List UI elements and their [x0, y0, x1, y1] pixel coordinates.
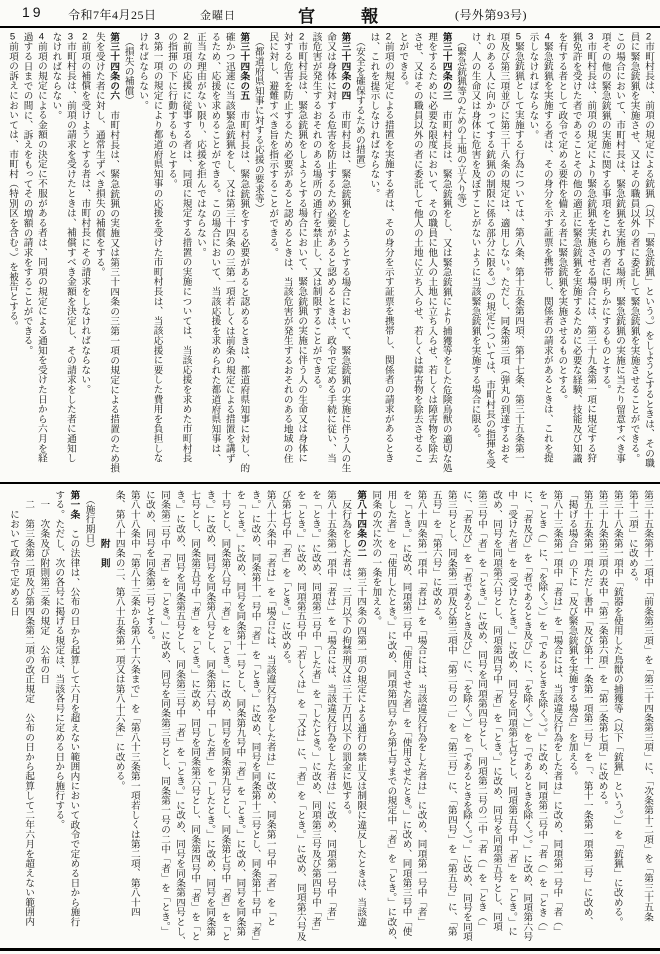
text-column: 3市町村長は、前項の請求を受けたときは、補償すべき金額を決定し、その請求をした者… — [62, 32, 76, 484]
text-column: 同条第二号中「者」を「とき。」に改め、同号を同条第三号とし、同条第一号の二中「者… — [157, 490, 172, 948]
text-column: 該危害が発生するおそれのある場所の通行を禁止し、又は制限することができる。 — [308, 32, 322, 484]
text-column: 一 次条及び附則第三条の規定 公布の日 — [36, 490, 51, 948]
text-column: 第三十五条第十二項中「前条第三項」を「第三十四条第三項」に、「次条第十二項」を「… — [640, 490, 655, 948]
column-text: 項及び第三項並びに第三十八条の規定は、適用しない。ただし、同条第三項（弾丸の到達… — [498, 32, 509, 463]
text-column: 3第一項の規定により都道府県知事の応援を受けた市町村長は、当該応援に要した費用を… — [149, 32, 163, 484]
text-column: 第三十八条第一項中「銃器を使用した鳥獣の捕獲等（以下「銃猟」という。）」を「銃猟… — [610, 490, 625, 948]
text-column: 過する日までの間に、訴えをもってその増額の請求をすることができる。 — [19, 32, 33, 484]
text-column: （緊急銃猟等のための土地の立入り等） — [453, 32, 467, 484]
text-column: を「とき（」に、「を除く。）」を「であるときを除く。）。」に改め、同項第二号中「… — [534, 490, 549, 948]
text-column: 第一条 この法律は、公布の日から起算して六月を超えない範囲内において政令で定める… — [66, 490, 81, 948]
article-number: 第三十四条の六 — [108, 32, 119, 101]
column-text: を「とき。」に改め、同項第二号中「した者」を「したとき。」に改め、同項第三号及び… — [310, 490, 321, 936]
column-text: とができる。 — [397, 32, 408, 91]
header-divider-line — [0, 26, 660, 28]
paragraph-number: 2 — [181, 32, 192, 42]
text-column: は、これを提示しなければならない。 — [366, 32, 380, 484]
law-text-lower-block: 第三十五条第十二項中「前条第三項」を「第三十四条第三項」に、「次条第十二項」を「… — [5, 490, 655, 948]
issue-weekday: 金曜日 — [200, 7, 236, 23]
column-text: 示しなければならない。 — [527, 32, 538, 140]
column-text: この場合において、市町村長は、緊急銃猟を実施する場所、緊急銃猟の実施に当たり留意… — [614, 32, 625, 463]
text-column: なければならない。 — [48, 32, 62, 484]
paragraph-number: 2 — [79, 32, 90, 42]
text-column: 対する危害を防止するため必要があると認めるときは、当該危害が発生するおそれのある… — [279, 32, 293, 484]
column-text: 用した者」を「使用したとき。」に改め、同項第四号から第七号までの規定中「者」を「… — [385, 490, 396, 946]
text-column: ければならない。 — [135, 32, 149, 484]
text-column: 項その他の緊急銃猟の実施に関する事項をこれらの者に明らかにするものとする。 — [597, 32, 611, 484]
page-header: 19 令和7年4月25日 金曜日 官報 (号外第93号) — [0, 0, 660, 26]
column-text: 第三十八条第一項中「銃器を使用した鳥獣の捕獲等（以下「銃猟」という。）」を「銃猟… — [612, 490, 623, 927]
column-text: 猟免許を受けた者であることその他の適正に緊急銃猟を実施するために必要な経験、技能… — [571, 32, 582, 463]
text-column: れのある人に向かってする銃猟の制限に係る部分に限る。）の規定については、市町村長… — [482, 32, 496, 484]
text-column: 第十二項」に改める。 — [625, 490, 640, 948]
paragraph-number: 4 — [542, 32, 553, 42]
column-text: に改め、同号を同条第二号とする。 — [144, 490, 155, 645]
column-text: 第八十六条中「者は」を「場合には、当該違反行為をした者は」に改め、同条第一号中「… — [265, 490, 276, 927]
text-column: 第三号中「者」を「とき。」に改め、同号を同項第四号とし、同項第二号の二中「者（」… — [474, 490, 489, 948]
column-text: 同条の次に次の一条を加える。 — [370, 490, 381, 626]
column-text: 命又は身体に対する危害を防止するため必要があると認めるときは、政令で定める手続に… — [325, 32, 336, 463]
text-column: 同条の次に次の一条を加える。 — [368, 490, 383, 948]
column-text: 第八十五条第一項中「者は」を「場合には、当該違反行為をした者は」に改め、同項第一… — [325, 490, 336, 927]
paragraph-number: 2 — [643, 32, 654, 42]
column-text: き。」に改め、同号を同条第八号とし、同条第六号中「した者」を「したとき。」に改め… — [204, 490, 215, 936]
page-number: 19 — [22, 4, 44, 20]
text-column: 条、第八十四条の二、第八十五条第一項又は第八十六条」に改める。 — [112, 490, 127, 948]
column-text: れのある人に向かってする銃猟の制限に係る部分に限る。）の規定については、市町村長… — [484, 32, 495, 468]
text-column: 示しなければならない。 — [525, 32, 539, 484]
column-text: 第五十五条第一項ただし書中「及び第十一条第一項第二号」を「、第十一条第一項第二号… — [582, 490, 593, 927]
column-text: 前項の訴えにおいては、市町村（特別区を含む。）を被告とする。 — [7, 42, 18, 331]
text-column: 確かつ迅速に当該緊急銃猟をし、又は第三十四条の三第一項若しくは前条の規定による措… — [221, 32, 235, 484]
column-text: 十号とし、同条第八号中「者」を「とき。」に改め、同号を同条第九号とし、同条第七号… — [219, 490, 230, 941]
column-text: において政令で定める日 — [8, 490, 19, 616]
column-text: るため、応援を求めることができる。この場合において、当該応援を求められた都道府県… — [209, 32, 220, 463]
article-number: 第三十四条の五 — [238, 32, 249, 101]
text-column: 第八十三条第一項中「者は」を「場合には、当該違反行為をした者は」に改め、同項第一… — [549, 490, 564, 948]
paragraph-number: 3 — [65, 32, 76, 42]
text-column: 第八十四条の二 第三十四条の四第一項の規定による通行の禁止又は制限に違反したとき… — [353, 490, 368, 948]
text-column: 第三十四条の五 市町村長は、緊急銃猟をする必要があると認めるときは、都道府県知事… — [236, 32, 250, 484]
column-text: なければならない。 — [50, 32, 61, 120]
text-column: を有する者として政令で定める要件を備える者に緊急銃猟を実施させるものとする。 — [554, 32, 568, 484]
text-column: 失を受けた者に対し、通常生ずべき損失の補償をする。 — [91, 32, 105, 484]
text-column: 5前項の訴えにおいては、市町村（特別区を含む。）を被告とする。 — [5, 32, 19, 484]
gazette-title: 官報 — [298, 2, 378, 27]
text-column: 2市町村長は、前項の規定による銃猟（以下「緊急銃猟」という。）をしようとするとき… — [641, 32, 655, 484]
column-text: （施行期日） — [84, 490, 95, 553]
text-column: に、「者及び」を「者であるとき及び」に、「を除く。）」を「であるときを除く。）。… — [459, 490, 474, 948]
article-number: 第一条 — [68, 490, 79, 519]
column-text: 第三号中「者」を「とき。」に改め、同号を同項第四号とし、同項第二号の二中「者（」… — [476, 490, 487, 931]
text-column: 民に対し、避難すべき旨を指示することができる。 — [265, 32, 279, 484]
text-column: 反行為をした者は、三月以下の拘禁刑又は三十万円以下の罰金に処する。 — [338, 490, 353, 948]
column-text: 同条第二号中「者」を「とき。」に改め、同号を同条第三号とし、同条第一号の二中「者… — [159, 490, 170, 936]
paragraph-number: 5 — [513, 32, 524, 42]
text-column: 第八十六条中「者は」を「場合には、当該違反行為をした者は」に改め、同条第一号中「… — [263, 490, 278, 948]
gazette-title-char-1: 官 — [298, 2, 315, 27]
column-text: 市町村長は、前項の規定により緊急銃猟を実施させる場合には、第三十九条第一項に規定… — [585, 42, 596, 463]
column-text: 第三十九条第三項の表中「第二条第六項」を「第二条第七項」に改める。 — [597, 490, 608, 810]
column-text: 確かつ迅速に当該緊急銃猟をし、又は第三十四条の三第一項若しくは前条の規定による措… — [224, 32, 235, 463]
text-column: 2前項の補償を受けようとする者は、市町村長にその請求をしなければならない。 — [77, 32, 91, 484]
column-text: を「とき。」に改め、同項第五号中「若しくは」を「又は」に、「者」を「とき。」に改… — [295, 490, 306, 941]
column-text: 七号とし、同条第五号中「者」を「とき。」に改め、同号を同条第六号とし、同条第四号… — [189, 490, 200, 941]
column-text: を「とき（」に、「を除く。）」を「であるときを除く。）。」に改め、同項第二号中「… — [536, 490, 547, 937]
column-text: き。」に改め、同条第十一号中「者」を「とき。」に改め、同号を同条第十二号とし、同… — [250, 490, 261, 946]
text-column: 2前項の規定による措置を実施する者は、その身分を示す証票を携帯し、関係者の請求が… — [380, 32, 394, 484]
text-column: 正当な理由がない限り、応援を拒んではならない。 — [193, 32, 207, 484]
issue-number: (号外第93号) — [455, 6, 527, 23]
gazette-page: { "header": { "page_number": "19", "date… — [0, 0, 660, 954]
text-column: を「とき。」に改め、同項第二号中「した者」を「したとき。」に改め、同項第三号及び… — [308, 490, 323, 948]
gazette-title-char-2: 報 — [361, 2, 378, 27]
text-column: 改め、同号を同項第六号とし、同項第四号中「者」を「とき。」に改め、同号を同項第五… — [489, 490, 504, 948]
section-divider-line — [0, 482, 660, 484]
text-column: き。」に改め、同号を同条第五号とし、同条第三号中「者」を「とき。」に改め、同号を… — [172, 490, 187, 948]
column-text: 市町村長は、緊急銃猟をしようとする場合において、緊急銃猟の実施に伴う人の生 — [339, 101, 350, 473]
column-text: 中「受けた者」を「受けたとき。」に改め、同号を同項第七号とし、同項第五号中「者」… — [506, 490, 517, 936]
text-column: 用した者」を「使用したとき。」に改め、同項第四号から第七号までの規定中「者」を「… — [383, 490, 398, 948]
paragraph-number: 5 — [7, 32, 18, 42]
column-text: この法律は、公布の日から起算して六月を超えない範囲内において政令で定める日から施… — [68, 519, 79, 926]
column-text: け、人の生命又は身体に危害を及ぼすことがないように当該緊急銃猟を実施する場合に限… — [470, 32, 481, 444]
page-bottom-line — [0, 948, 660, 951]
column-text: 緊急銃猟を実施する者は、その身分を示す証票を携帯し、関係者の請求があるときは、こ… — [542, 42, 553, 463]
issue-date: 令和7年4月25日 — [68, 6, 157, 23]
paragraph-number: 3 — [585, 32, 596, 42]
text-column: 七号とし、同条第五号中「者」を「とき。」に改め、同号を同条第六号とし、同条第四号… — [187, 490, 202, 948]
column-text: 第八十三条第一項中「者は」を「場合には、当該違反行為をした者は」に改め、同項第一… — [551, 490, 562, 936]
text-column: 項及び第三項並びに第三十八条の規定は、適用しない。ただし、同条第三項（弾丸の到達… — [496, 32, 510, 484]
column-text: 市町村長は、緊急銃猟をする必要があると認めるときは、都道府県知事に対し、的 — [238, 101, 249, 473]
column-text: 第八十四条第一項中「者は」を「場合には、当該違反行為をした者は」に改め、同項第一… — [416, 490, 427, 927]
text-column: 第三十四条の四 市町村長は、緊急銃猟をしようとする場合において、緊急銃猟の実施に… — [337, 32, 351, 484]
text-column: において政令で定める日 — [6, 490, 21, 948]
text-column: 4前項の規定による金額の決定に不服がある者は、同項の規定による通知を受けた日から… — [34, 32, 48, 484]
text-column: を「とき。」に改め、同項第二号中「使用させた者」を「使用させたとき。」に改め、同… — [398, 490, 413, 948]
text-column: とができる。 — [395, 32, 409, 484]
column-text: 条、第八十四条の二、第八十五条第一項又は第八十六条」に改める。 — [114, 490, 125, 791]
text-column: 第五十五条第一項ただし書中「及び第十一条第一項第二号」を「、第十一条第一項第二号… — [580, 490, 595, 948]
text-column: の指揮の下に行動するものとする。 — [164, 32, 178, 484]
column-text: 員に緊急銃猟を実施させ、又はその職員以外の者に委託して緊急銃猟を実施させることが… — [629, 32, 640, 463]
text-column: 第三号とし、同条第二項及び第三項中「第二号の二」を「第三号」に、「第四号」を「第… — [444, 490, 459, 948]
column-text: 一 次条及び附則第三条の規定 公布の日 — [38, 490, 49, 684]
text-column: 猟免許を受けた者であることその他の適正に緊急銃猟を実施するために必要な経験、技能… — [568, 32, 582, 484]
text-column: 命又は身体に対する危害を防止するため必要があると認めるときは、政令で定める手続に… — [323, 32, 337, 484]
text-column: 第三十四条の三 市町村長は、緊急銃猟をし、又は緊急銃猟により捕獲等をした危険鳥獣… — [438, 32, 452, 484]
column-text: の指揮の下に行動するものとする。 — [166, 32, 177, 189]
column-text: （損失の補償） — [123, 32, 134, 106]
column-text: 前項の規定による金額の決定に不服がある者は、同項の規定による通知を受けた日から六… — [36, 42, 47, 463]
text-column: 第三十九条第三項の表中「第二条第六項」を「第二条第七項」に改める。 — [595, 490, 610, 948]
column-text: 緊急銃猟として実施する行為については、第八条、第十五条第四項、第十七条、第三十五… — [513, 42, 524, 463]
text-column: 十号とし、同条第八号中「者」を「とき。」に改め、同号を同条第九号とし、同条第七号… — [217, 490, 232, 948]
column-text: 第八十八条中「第八十三条から第八十六条まで」を「第八十三条第一項若しくは第二項、… — [129, 490, 140, 917]
text-column: 第八十八条中「第八十三条から第八十六条まで」を「第八十三条第一項若しくは第二項、… — [127, 490, 142, 948]
text-column: 2前項の応援に従事する者は、同項に規定する措置の実施については、当該応援を求めた… — [178, 32, 192, 484]
column-text: 前項の規定による措置を実施する者は、その身分を示す証票を携帯し、関係者の請求があ… — [383, 42, 394, 463]
column-text: 市町村長は、緊急銃猟をしようとする場合において、緊急銃猟の実施に伴う人の生命又は… — [296, 42, 307, 463]
column-text: 対する危害を防止するため必要があると認めるときは、当該危害が発生するおそれのある… — [282, 32, 293, 463]
column-text: 反行為をした者は、三月以下の拘禁刑又は三十万円以下の罰金に処する。 — [340, 490, 351, 820]
column-text: 前項の応援に従事する者は、同項に規定する措置の実施については、当該応援を求めた市… — [181, 42, 192, 463]
column-text: （緊急銃猟等のための土地の立入り等） — [455, 32, 466, 213]
column-text: 理をするために必要な限度において、その職員に他人の土地に立ち入らせ、若しくは障害… — [426, 32, 437, 463]
text-column: 理をするために必要な限度において、その職員に他人の土地に立ち入らせ、若しくは障害… — [424, 32, 438, 484]
text-column: き。」に改め、同号を同条第八号とし、同条第六号中「した者」を「したとき。」に改め… — [202, 490, 217, 948]
text-column: 第三十四条の六 市町村長は、緊急銃猟の実施又は第三十四条の三第一項の規定による措… — [106, 32, 120, 484]
column-text: 過する日までの間に、訴えをもってその増額の請求をすることができる。 — [22, 32, 33, 355]
column-text: 市町村長は、緊急銃猟をし、又は緊急銃猟により捕獲等をした危険鳥獣の適切な処 — [441, 101, 452, 473]
column-text: 該危害が発生するおそれのある場所の通行を禁止し、又は制限することができる。 — [311, 32, 322, 395]
text-column: 五号」を「第六号」に改める。 — [429, 490, 444, 948]
column-text: 二 第三条第二項及び第四条第二項の改正規定 公布の日から起算して二年六月を超えな… — [23, 490, 34, 927]
text-column: 3市町村長は、前項の規定により緊急銃猟を実施させる場合には、第三十九条第一項に規… — [583, 32, 597, 484]
text-column: に、「者及び」を「者であるとき及び」に、「を除く。）」を「であるときを除く。）。… — [519, 490, 534, 948]
text-column: 第八十五条第一項中「者は」を「場合には、当該違反行為をした者は」に改め、同項第一… — [323, 490, 338, 948]
text-column: させ、又はその職員以外の者に委託して他人の土地に立ち入らせ、若しくは障害物を除去… — [409, 32, 423, 484]
column-text: 第三十四条の四第一項の規定による通行の禁止又は制限に違反したときは、当該違 — [355, 558, 366, 927]
column-text: （都道府県知事に対する応援の要求等） — [253, 32, 264, 213]
column-text: ければならない。 — [137, 32, 148, 110]
column-text: 市町村長は、緊急銃猟の実施又は第三十四条の三第一項の規定による措置のため損 — [108, 101, 119, 473]
text-column: （施行期日） — [81, 490, 96, 948]
column-text: 民に対し、避難すべき旨を指示することができる。 — [267, 32, 278, 257]
column-text: させ、又はその職員以外の者に委託して他人の土地に立ち入らせ、若しくは障害物を除去… — [412, 32, 423, 463]
text-column: する。ただし、次の各号に掲げる規定は、当該各号に定める日から施行する。 — [51, 490, 66, 948]
column-text: は、これを提示しなければならない。 — [368, 32, 379, 199]
text-column: この場合において、市町村長は、緊急銃猟を実施する場所、緊急銃猟の実施に当たり留意… — [612, 32, 626, 484]
column-text: 改め、同号を同項第六号とし、同項第四号中「者」を「とき。」に改め、同号を同項第五… — [491, 490, 502, 931]
text-column: き。」に改め、同条第十一号中「者」を「とき。」に改め、同号を同条第十二号とし、同… — [247, 490, 262, 948]
text-column: （損失の補償） — [120, 32, 134, 484]
text-column: に改め、同号を同条第二号とする。 — [142, 490, 157, 948]
column-text: 正当な理由がない限り、応援を拒んではならない。 — [195, 32, 206, 257]
article-number: 附 則 — [99, 539, 110, 568]
column-text: 第十二項」に改める。 — [627, 490, 638, 587]
text-column: 附 則 — [97, 490, 112, 948]
text-column: 員に緊急銃猟を実施させ、又はその職員以外の者に委託して緊急銃猟を実施させることが… — [626, 32, 640, 484]
column-text: 五号」を「第六号」に改める。 — [431, 490, 442, 626]
column-text: 前項の補償を受けようとする者は、市町村長にその請求をしなければならない。 — [79, 42, 90, 395]
column-text: に、「者及び」を「者であるとき及び」に、「を除く。）」を「であるときを除く。）。… — [461, 490, 472, 941]
text-column: 2市町村長は、緊急銃猟をしようとする場合において、緊急銃猟の実施に伴う人の生命又… — [294, 32, 308, 484]
column-text: き。」に改め、同号を同条第五号とし、同条第三号中「者」を「とき。」に改め、同号を… — [174, 490, 185, 946]
heading-indent — [99, 490, 110, 539]
article-number: 第三十四条の四 — [339, 32, 350, 101]
text-column: 中「受けた者」を「受けたとき。」に改め、同号を同項第七号とし、同項第五号中「者」… — [504, 490, 519, 948]
column-text: 項その他の緊急銃猟の実施に関する事項をこれらの者に明らかにするものとする。 — [600, 32, 611, 395]
text-column: 「掲げる場合」の下に「及び緊急銃猟を実施する場合」を加える。 — [564, 490, 579, 948]
paragraph-number: 4 — [36, 32, 47, 42]
paragraph-number: 2 — [383, 32, 394, 42]
column-text: を有する者として政令で定める要件を備える者に緊急銃猟を実施させるものとする。 — [556, 32, 567, 404]
article-number: 第八十四条の二 — [355, 490, 366, 558]
text-column: 第八十四条第一項中「者は」を「場合には、当該違反行為をした者は」に改め、同項第一… — [414, 490, 429, 948]
column-text: 市町村長は、前項の請求を受けたときは、補償すべき金額を決定し、その請求をした者に… — [65, 42, 76, 463]
column-text: 失を受けた者に対し、通常生ずべき損失の補償をする。 — [94, 32, 105, 277]
text-column: （安全を確保するための措置） — [351, 32, 365, 484]
article-number: 第三十四条の三 — [441, 32, 452, 101]
text-column: （都道府県知事に対する応援の要求等） — [250, 32, 264, 484]
text-column: け、人の生命又は身体に危害を及ぼすことがないように当該緊急銃猟を実施する場合に限… — [467, 32, 481, 484]
column-text: （安全を確保するための措置） — [354, 32, 365, 174]
column-text: 「掲げる場合」の下に「及び緊急銃猟を実施する場合」を加える。 — [567, 490, 578, 781]
text-column: び第七号中「者」を「とき。」に改める。 — [278, 490, 293, 948]
text-column: を「とき。」に改め、同号を同条第十一号とし、同条第九号中「者」を「とき。」に改め… — [232, 490, 247, 948]
text-column: るため、応援を求めることができる。この場合において、当該応援を求められた都道府県… — [207, 32, 221, 484]
text-column: を「とき。」に改め、同項第五号中「若しくは」を「又は」に、「者」を「とき。」に改… — [293, 490, 308, 948]
law-text-upper-block: 2市町村長は、前項の規定による銃猟（以下「緊急銃猟」という。）をしようとするとき… — [5, 32, 655, 484]
paragraph-number: 2 — [296, 32, 307, 42]
column-text: を「とき。」に改め、同号を同条第十一号とし、同条第九号中「者」を「とき。」に改め… — [234, 490, 245, 936]
text-column: 4緊急銃猟を実施する者は、その身分を示す証票を携帯し、関係者の請求があるときは、… — [539, 32, 553, 484]
column-text: する。ただし、次の各号に掲げる規定は、当該各号に定める日から施行する。 — [53, 490, 64, 830]
column-text: に、「者及び」を「者であるとき及び」に、「を除く。）」を「であるときを除く。）。… — [521, 490, 532, 941]
text-column: 5緊急銃猟として実施する行為については、第八条、第十五条第四項、第十七条、第三十… — [510, 32, 524, 484]
column-text: 第三号とし、同条第二項及び第三項中「第二号の二」を「第三号」に、「第四号」を「第… — [446, 490, 457, 936]
text-column: 二 第三条第二項及び第四条第二項の改正規定 公布の日から起算して二年六月を超えな… — [21, 490, 36, 948]
column-text: 第一項の規定により都道府県知事の応援を受けた市町村長は、当該応援に要した費用を負… — [152, 42, 163, 463]
paragraph-number: 3 — [152, 32, 163, 42]
column-text: を「とき。」に改め、同項第二号中「使用させた者」を「使用させたとき。」に改め、同… — [401, 490, 412, 936]
column-text: び第七号中「者」を「とき。」に改める。 — [280, 490, 291, 670]
column-text: 市町村長は、前項の規定による銃猟（以下「緊急銃猟」という。）をしようとするときは… — [643, 42, 654, 468]
column-text: 第三十五条第十二項中「前条第三項」を「第三十四条第三項」に、「次条第十二項」を「… — [642, 490, 653, 922]
